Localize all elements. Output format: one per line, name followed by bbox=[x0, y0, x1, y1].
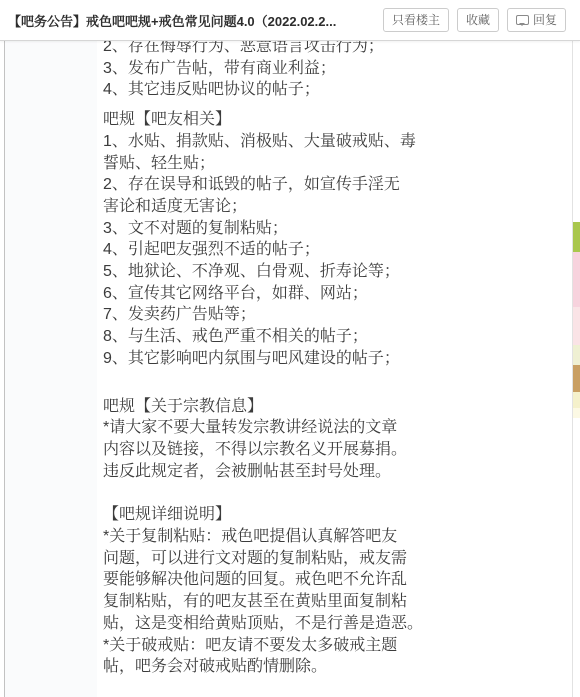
favorite-label: 收藏 bbox=[466, 14, 490, 26]
content-line: 3、文不对题的复制粘贴； bbox=[103, 218, 443, 240]
reply-label: 回复 bbox=[533, 14, 557, 26]
edge-widget-segment bbox=[573, 365, 580, 392]
favorite-button[interactable]: 收藏 bbox=[457, 8, 499, 32]
content-line: 9、其它影响吧内氛围与吧风建设的帖子； bbox=[103, 348, 443, 370]
lz-only-label: 只看楼主 bbox=[392, 14, 440, 26]
edge-widget-segment bbox=[573, 307, 580, 345]
content-line: 2、存在误导和诋毁的帖子，如宣传手淫无 bbox=[103, 174, 443, 196]
reply-bubble-icon bbox=[516, 15, 529, 25]
content-line: 问题，可以进行文对题的复制粘贴，戒友需 bbox=[103, 548, 443, 570]
header-buttons: 只看楼主 收藏 回复 bbox=[383, 8, 566, 32]
content-line: 4、其它违反贴吧协议的帖子； bbox=[103, 79, 443, 101]
content-line: 6、宣传其它网络平台，如群、网站； bbox=[103, 283, 443, 305]
content-line: 复制粘贴，有的吧友甚至在黄贴里面复制粘 bbox=[103, 591, 443, 613]
paragraph: 吧规【关于宗教信息】*请大家不要大量转发宗教讲经说法的文章内容以及链接，不得以宗… bbox=[103, 396, 443, 483]
content-line: 吧规【吧友相关】 bbox=[103, 109, 443, 131]
content-line: 1、水贴、捐款贴、消极贴、大量破戒贴、毒 bbox=[103, 131, 443, 153]
edge-widget-segment bbox=[573, 345, 580, 365]
content-line: 违反此规定者，会被删帖甚至封号处理。 bbox=[103, 461, 443, 483]
content-line: 5、地狱论、不净观、白骨观、折寿论等； bbox=[103, 261, 443, 283]
content-line: *关于复制粘贴：戒色吧提倡认真解答吧友 bbox=[103, 526, 443, 548]
reply-button[interactable]: 回复 bbox=[507, 8, 566, 32]
page-left-border bbox=[4, 40, 5, 697]
content-line: *关于破戒贴：吧友请不要发太多破戒主题 bbox=[103, 635, 443, 657]
content-line: 害论和适度无害论； bbox=[103, 196, 443, 218]
edge-widget-segment bbox=[573, 392, 580, 408]
post-body: 2、存在侮辱行为、恶意语言攻击行为；3、发布广告帖，带有商业利益；4、其它违反贴… bbox=[103, 36, 443, 678]
content-line: 【吧规详细说明】 bbox=[103, 504, 443, 526]
content-line: 8、与生活、戒色严重不相关的帖子； bbox=[103, 326, 443, 348]
content-line: 吧规【关于宗教信息】 bbox=[103, 396, 443, 418]
content-line: *请大家不要大量转发宗教讲经说法的文章 bbox=[103, 417, 443, 439]
edge-widget-sliver bbox=[573, 222, 580, 418]
content-line: 4、引起吧友强烈不适的帖子； bbox=[103, 239, 443, 261]
content-line: 誓贴、轻生贴； bbox=[103, 153, 443, 175]
content-line: 贴，这是变相给黄贴顶贴，不是行善是造恶。 bbox=[103, 613, 443, 635]
content-line: 帖，吧务会对破戒贴酌情删除。 bbox=[103, 656, 443, 678]
thread-title: 【吧务公告】戒色吧吧规+戒色常见问题4.0（2022.02.2... bbox=[8, 11, 336, 30]
content-line: 内容以及链接，不得以宗教名义开展募捐。 bbox=[103, 439, 443, 461]
paragraph: 2、存在侮辱行为、恶意语言攻击行为；3、发布广告帖，带有商业利益；4、其它违反贴… bbox=[103, 36, 443, 101]
content-line: 7、发卖药广告贴等； bbox=[103, 304, 443, 326]
left-gutter bbox=[5, 41, 97, 697]
paragraph: 吧规【吧友相关】1、水贴、捐款贴、消极贴、大量破戒贴、毒誓贴、轻生贴；2、存在误… bbox=[103, 109, 443, 369]
edge-widget-segment bbox=[573, 408, 580, 418]
thread-header: 【吧务公告】戒色吧吧规+戒色常见问题4.0（2022.02.2... 只看楼主 … bbox=[0, 0, 580, 41]
edge-widget-segment bbox=[573, 222, 580, 252]
content-line: 要能够解决他问题的回复。戒色吧不允许乱 bbox=[103, 569, 443, 591]
content-line: 3、发布广告帖，带有商业利益； bbox=[103, 58, 443, 80]
paragraph: 【吧规详细说明】*关于复制粘贴：戒色吧提倡认真解答吧友问题，可以进行文对题的复制… bbox=[103, 504, 443, 678]
lz-only-button[interactable]: 只看楼主 bbox=[383, 8, 449, 32]
edge-widget-segment bbox=[573, 252, 580, 307]
